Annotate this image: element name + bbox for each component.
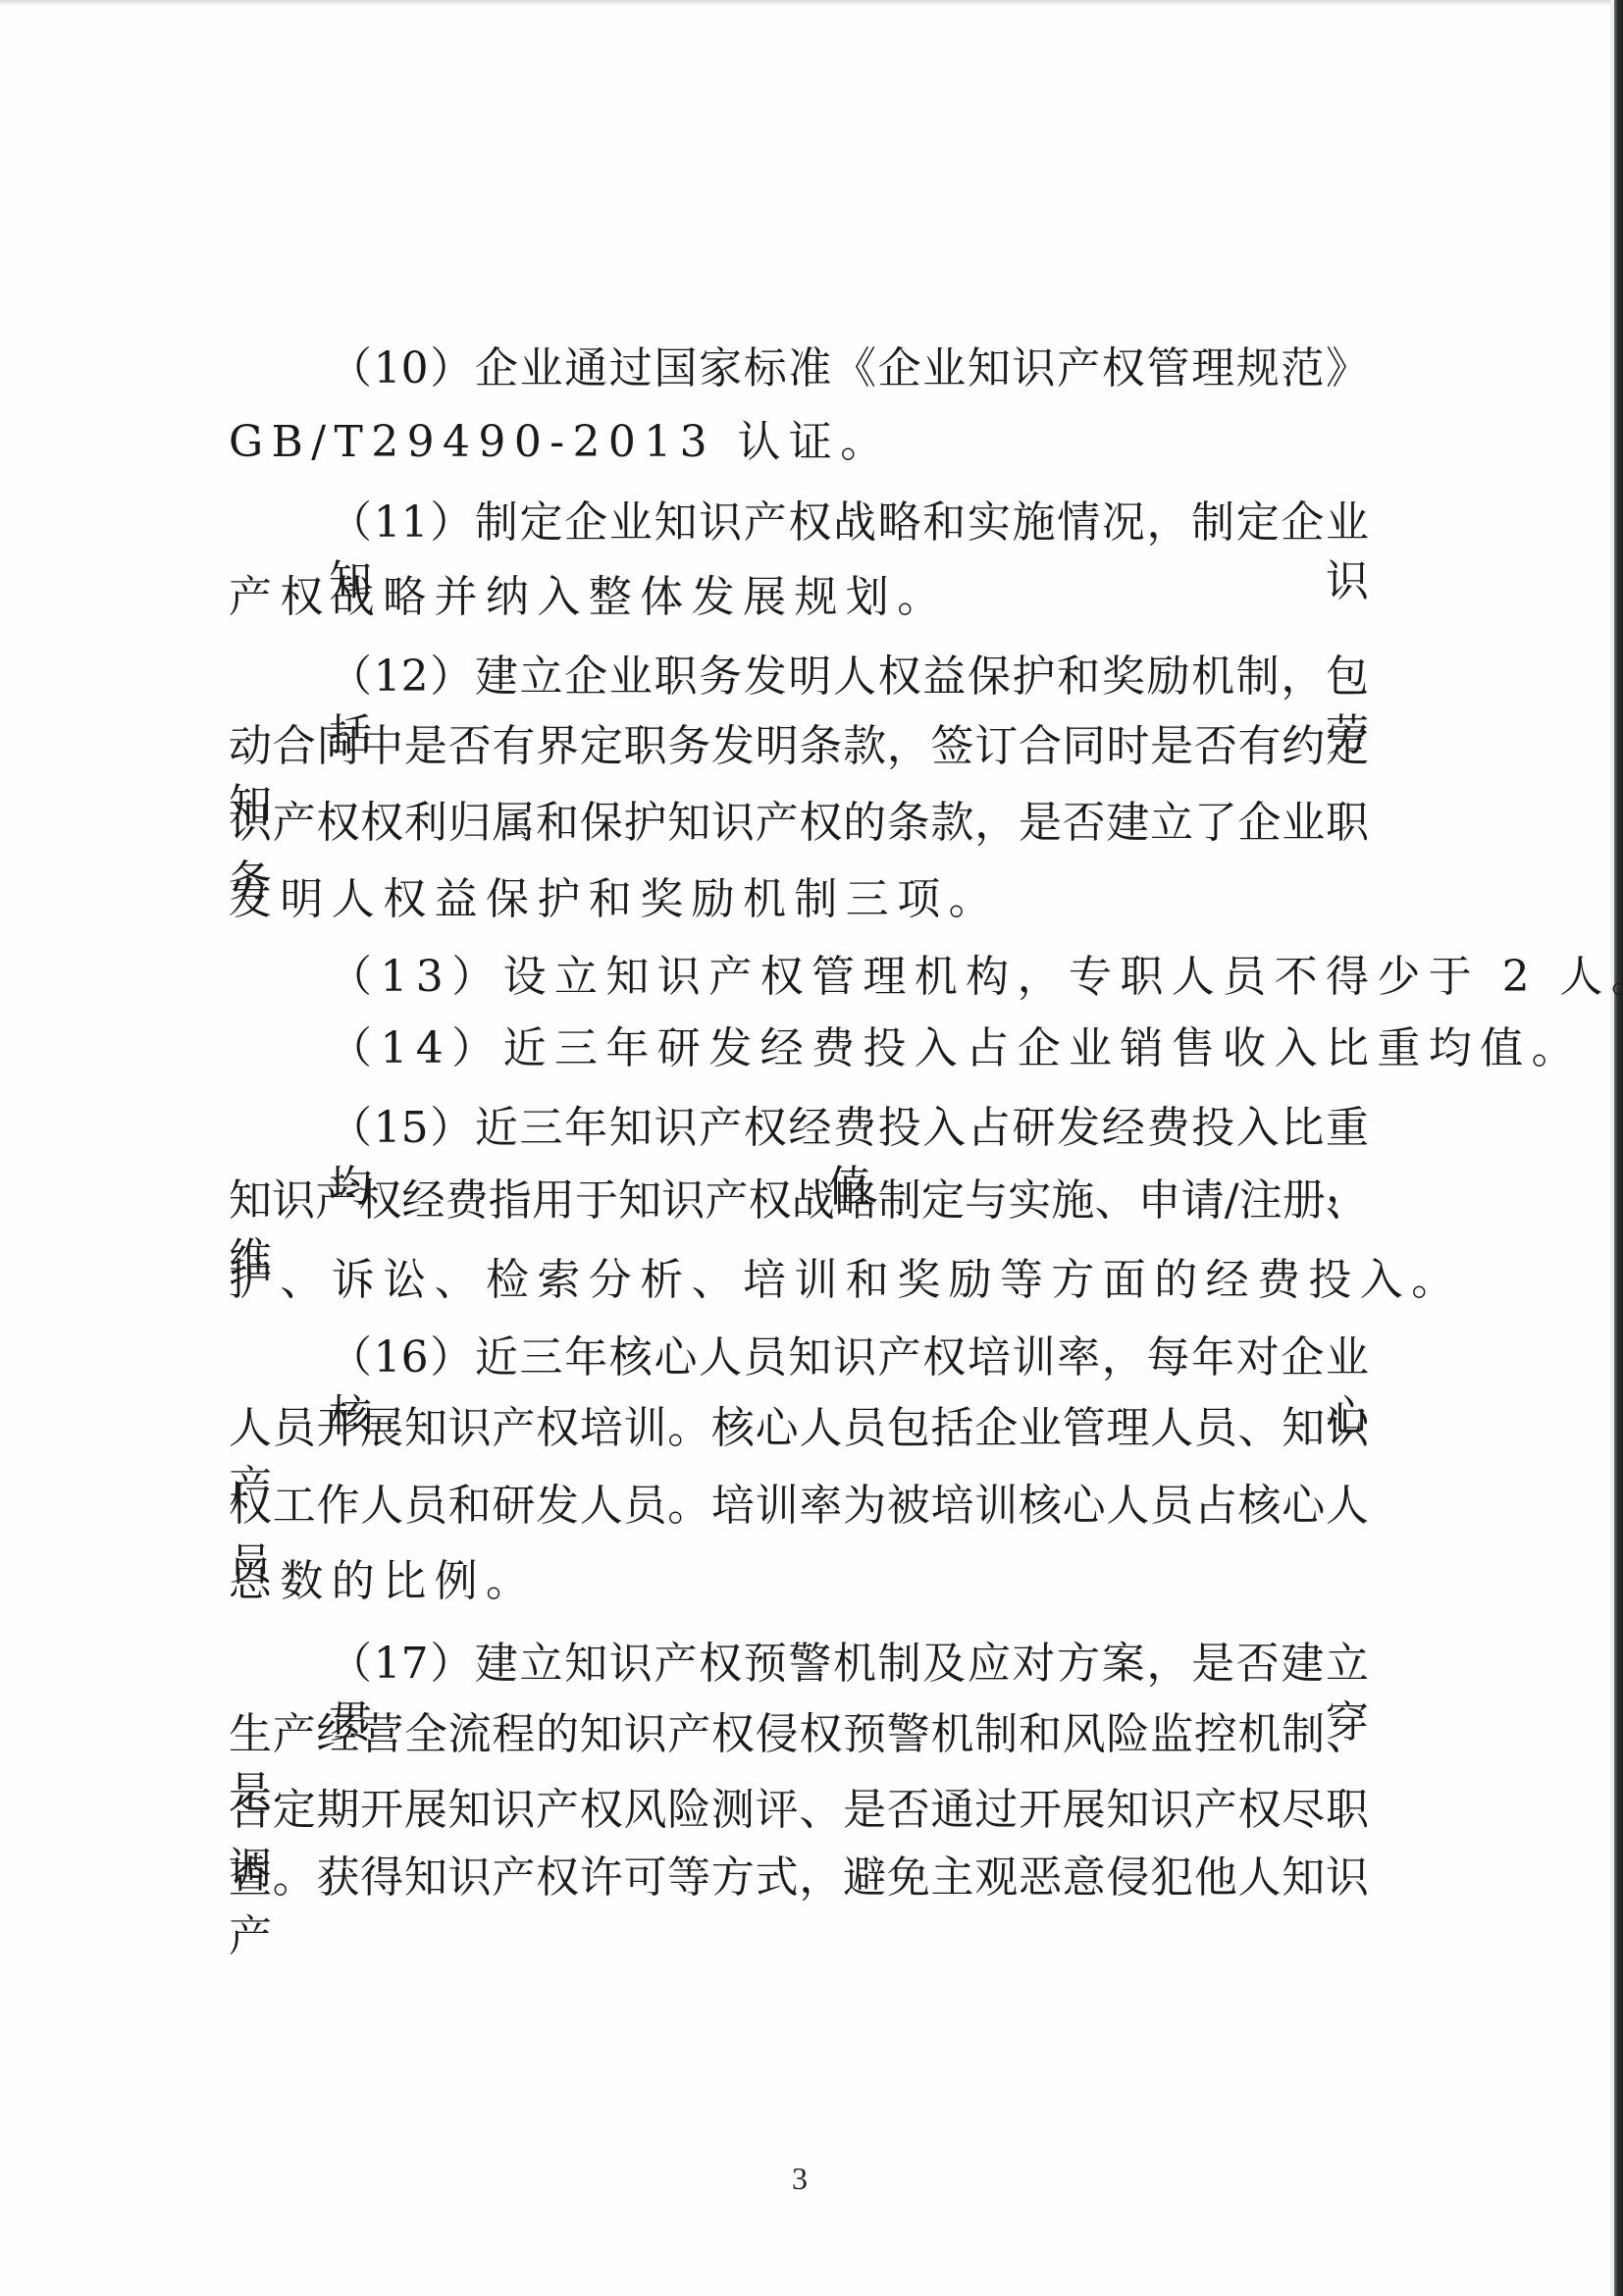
text-line: （11）制定企业知识产权战略和实施情况，制定企业知识 bbox=[329, 494, 1369, 552]
text-line: 总数的比例。 bbox=[229, 1552, 1369, 1611]
text-line: 查。获得知识产权许可等方式，避免主观恶意侵犯他人知识产 bbox=[229, 1849, 1369, 1907]
page-number: 3 bbox=[785, 2155, 814, 2202]
text-line: GB/T29490-2013 认证。 bbox=[229, 413, 1369, 472]
text-line: 护、诉讼、检索分析、培训和奖励等方面的经费投入。 bbox=[229, 1251, 1369, 1310]
text-line: 权工作人员和研发人员。培训率为被培训核心人员占核心人员 bbox=[229, 1477, 1369, 1536]
text-line: 产权战略并纳入整体发展规划。 bbox=[229, 568, 1369, 627]
text-line: 否定期开展知识产权风险测评、是否通过开展知识产权尽职调 bbox=[229, 1781, 1369, 1840]
document-page: （10）企业通过国家标准《企业知识产权管理规范》 GB/T29490-2013 … bbox=[0, 0, 1623, 2296]
scan-right-edge bbox=[1614, 0, 1623, 2296]
text-line: （13）设立知识产权管理机构，专职人员不得少于 2 人。 bbox=[329, 948, 1369, 1007]
text-line: （17）建立知识产权预警机制及应对方案，是否建立贯穿 bbox=[329, 1635, 1369, 1694]
text-line: （14）近三年研发经费投入占企业销售收入比重均值。 bbox=[329, 1019, 1369, 1078]
text-line: 识产权权利归属和保护知识产权的条款，是否建立了企业职务 bbox=[229, 794, 1369, 853]
text-line: （16）近三年核心人员知识产权培训率，每年对企业核心 bbox=[329, 1329, 1369, 1387]
text-line: 生产经营全流程的知识产权侵权预警机制和风险监控机制、是 bbox=[229, 1705, 1369, 1764]
text-line: （15）近三年知识产权经费投入占研发经费投入比重均值， bbox=[329, 1099, 1369, 1158]
text-line: 发明人权益保护和奖励机制三项。 bbox=[229, 870, 1369, 929]
scan-top-shadow bbox=[0, 0, 1623, 6]
text-line: 动合同中是否有界定职务发明条款，签订合同时是否有约定知 bbox=[229, 717, 1369, 776]
text-line: 知识产权经费指用于知识产权战略制定与实施、申请/注册、维 bbox=[229, 1172, 1369, 1230]
text-line: （10）企业通过国家标准《企业知识产权管理规范》 bbox=[329, 339, 1369, 398]
text-line: 人员开展知识产权培训。核心人员包括企业管理人员、知识产 bbox=[229, 1399, 1369, 1458]
text-line: （12）建立企业职务发明人权益保护和奖励机制，包括劳 bbox=[329, 648, 1369, 706]
